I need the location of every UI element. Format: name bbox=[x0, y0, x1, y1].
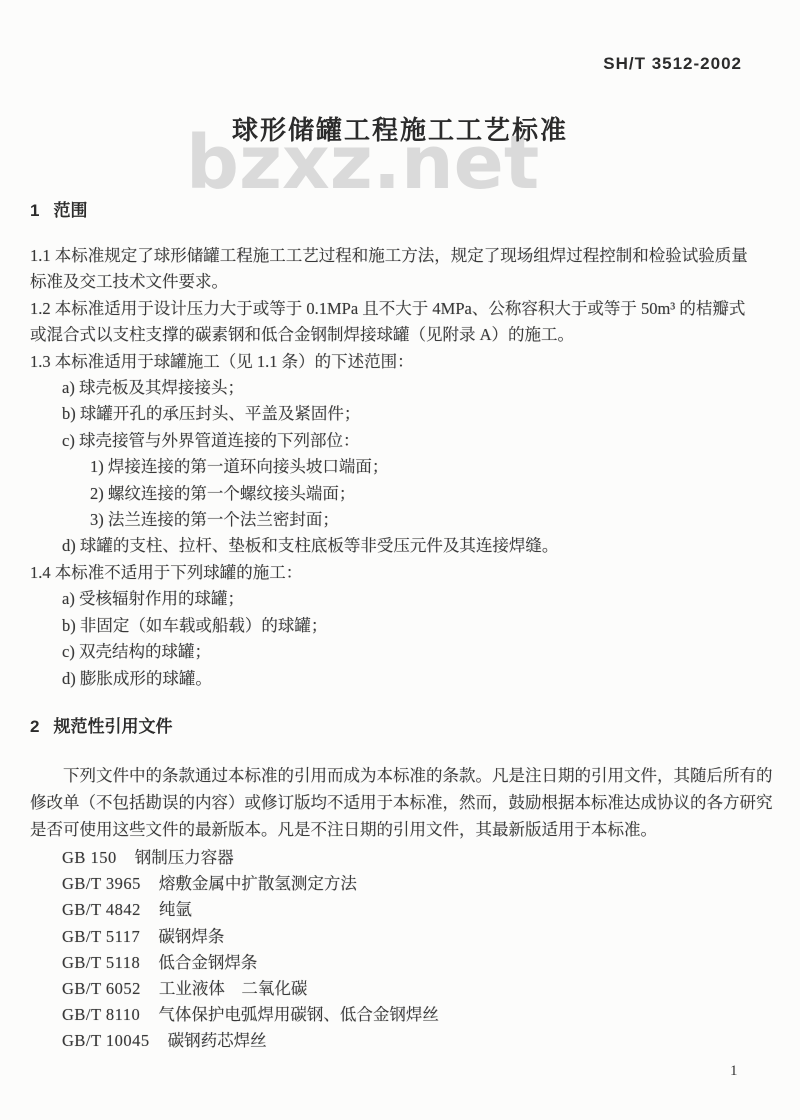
reference-row: GB/T 6052工业液体 二氧化碳 bbox=[62, 976, 780, 1002]
clause-line: c) 双壳结构的球罐； bbox=[62, 639, 780, 665]
reference-row: GB/T 10045碳钢药芯焊丝 bbox=[62, 1028, 780, 1054]
clause-line: b) 非固定（如车载或船载）的球罐； bbox=[62, 613, 780, 639]
clause-line: 1) 焊接连接的第一道环向接头坡口端面； bbox=[90, 454, 780, 480]
reference-title: 低合金钢焊条 bbox=[158, 953, 257, 972]
reference-code: GB/T 5117 bbox=[62, 924, 140, 950]
reference-row: GB/T 3965熔敷金属中扩散氢测定方法 bbox=[62, 871, 780, 897]
reference-code: GB/T 8110 bbox=[62, 1002, 140, 1028]
clause-line: 1.4 本标准不适用于下列球罐的施工： bbox=[30, 560, 780, 586]
standard-number: SH/T 3512-2002 bbox=[603, 54, 742, 74]
section-2-heading: 2规范性引用文件 bbox=[30, 712, 172, 737]
reference-code: GB/T 10045 bbox=[62, 1028, 150, 1054]
document-page: bzxz.net SH/T 3512-2002 球形储罐工程施工工艺标准 1范围… bbox=[0, 0, 800, 1120]
reference-row: GB 150钢制压力容器 bbox=[62, 845, 780, 871]
reference-code: GB 150 bbox=[62, 845, 117, 871]
clause-line: a) 受核辐射作用的球罐； bbox=[62, 586, 780, 612]
reference-row: GB/T 8110气体保护电弧焊用碳钢、低合金钢焊丝 bbox=[62, 1002, 780, 1028]
reference-row: GB/T 4842纯氩 bbox=[62, 897, 780, 923]
clause-line: 标准及交工技术文件要求。 bbox=[30, 269, 780, 295]
clause-line: b) 球罐开孔的承压封头、平盖及紧固件； bbox=[62, 401, 780, 427]
section-1-number: 1 bbox=[30, 201, 39, 221]
reference-title: 碳钢焊条 bbox=[158, 927, 224, 946]
clause-line: a) 球壳板及其焊接接头； bbox=[62, 375, 780, 401]
reference-row: GB/T 5118低合金钢焊条 bbox=[62, 950, 780, 976]
reference-list: GB 150钢制压力容器 GB/T 3965熔敷金属中扩散氢测定方法 GB/T … bbox=[62, 845, 780, 1055]
paragraph-line: 是否可使用这些文件的最新版本。凡是不注日期的引用文件，其最新版适用于本标准。 bbox=[30, 816, 780, 843]
reference-title: 纯氩 bbox=[159, 900, 192, 919]
paragraph-line: 下列文件中的条款通过本标准的引用而成为本标准的条款。凡是注日期的引用文件，其随后… bbox=[30, 762, 780, 789]
reference-title: 工业液体 二氧化碳 bbox=[159, 979, 308, 998]
reference-code: GB/T 4842 bbox=[62, 897, 141, 923]
reference-title: 钢制压力容器 bbox=[135, 848, 234, 867]
reference-row: GB/T 5117碳钢焊条 bbox=[62, 924, 780, 950]
document-title: 球形储罐工程施工工艺标准 bbox=[0, 110, 800, 147]
clause-line: 1.2 本标准适用于设计压力大于或等于 0.1MPa 且不大于 4MPa、公称容… bbox=[30, 296, 780, 322]
section-2-number: 2 bbox=[30, 717, 39, 737]
clause-line: 1.1 本标准规定了球形储罐工程施工工艺过程和施工方法，规定了现场组焊过程控制和… bbox=[30, 243, 780, 269]
clause-line: 1.3 本标准适用于球罐施工（见 1.1 条）的下述范围： bbox=[30, 349, 780, 375]
clause-line: d) 球罐的支柱、拉杆、垫板和支柱底板等非受压元件及其连接焊缝。 bbox=[62, 533, 780, 559]
section-1-heading: 1范围 bbox=[30, 196, 87, 221]
clause-line: 2) 螺纹连接的第一个螺纹接头端面； bbox=[90, 481, 780, 507]
reference-title: 碳钢药芯焊丝 bbox=[168, 1031, 267, 1050]
section-2-title: 规范性引用文件 bbox=[53, 717, 172, 736]
reference-title: 熔敷金属中扩散氢测定方法 bbox=[159, 874, 357, 893]
clause-line: c) 球壳接管与外界管道连接的下列部位： bbox=[62, 428, 780, 454]
clause-line: 或混合式以支柱支撑的碳素钢和低合金钢制焊接球罐（见附录 A）的施工。 bbox=[30, 322, 780, 348]
section-1-title: 范围 bbox=[53, 201, 87, 220]
section-2-paragraph: 下列文件中的条款通过本标准的引用而成为本标准的条款。凡是注日期的引用文件，其随后… bbox=[30, 762, 780, 843]
reference-code: GB/T 3965 bbox=[62, 871, 141, 897]
reference-code: GB/T 5118 bbox=[62, 950, 140, 976]
reference-code: GB/T 6052 bbox=[62, 976, 141, 1002]
clause-line: 3) 法兰连接的第一个法兰密封面； bbox=[90, 507, 780, 533]
paragraph-line: 修改单（不包括勘误的内容）或修订版均不适用于本标准，然而，鼓励根据本标准达成协议… bbox=[30, 789, 780, 816]
page-number: 1 bbox=[730, 1063, 738, 1080]
reference-title: 气体保护电弧焊用碳钢、低合金钢焊丝 bbox=[158, 1005, 439, 1024]
clause-line: d) 膨胀成形的球罐。 bbox=[62, 666, 780, 692]
section-1-clauses: 1.1 本标准规定了球形储罐工程施工工艺过程和施工方法，规定了现场组焊过程控制和… bbox=[30, 243, 780, 692]
